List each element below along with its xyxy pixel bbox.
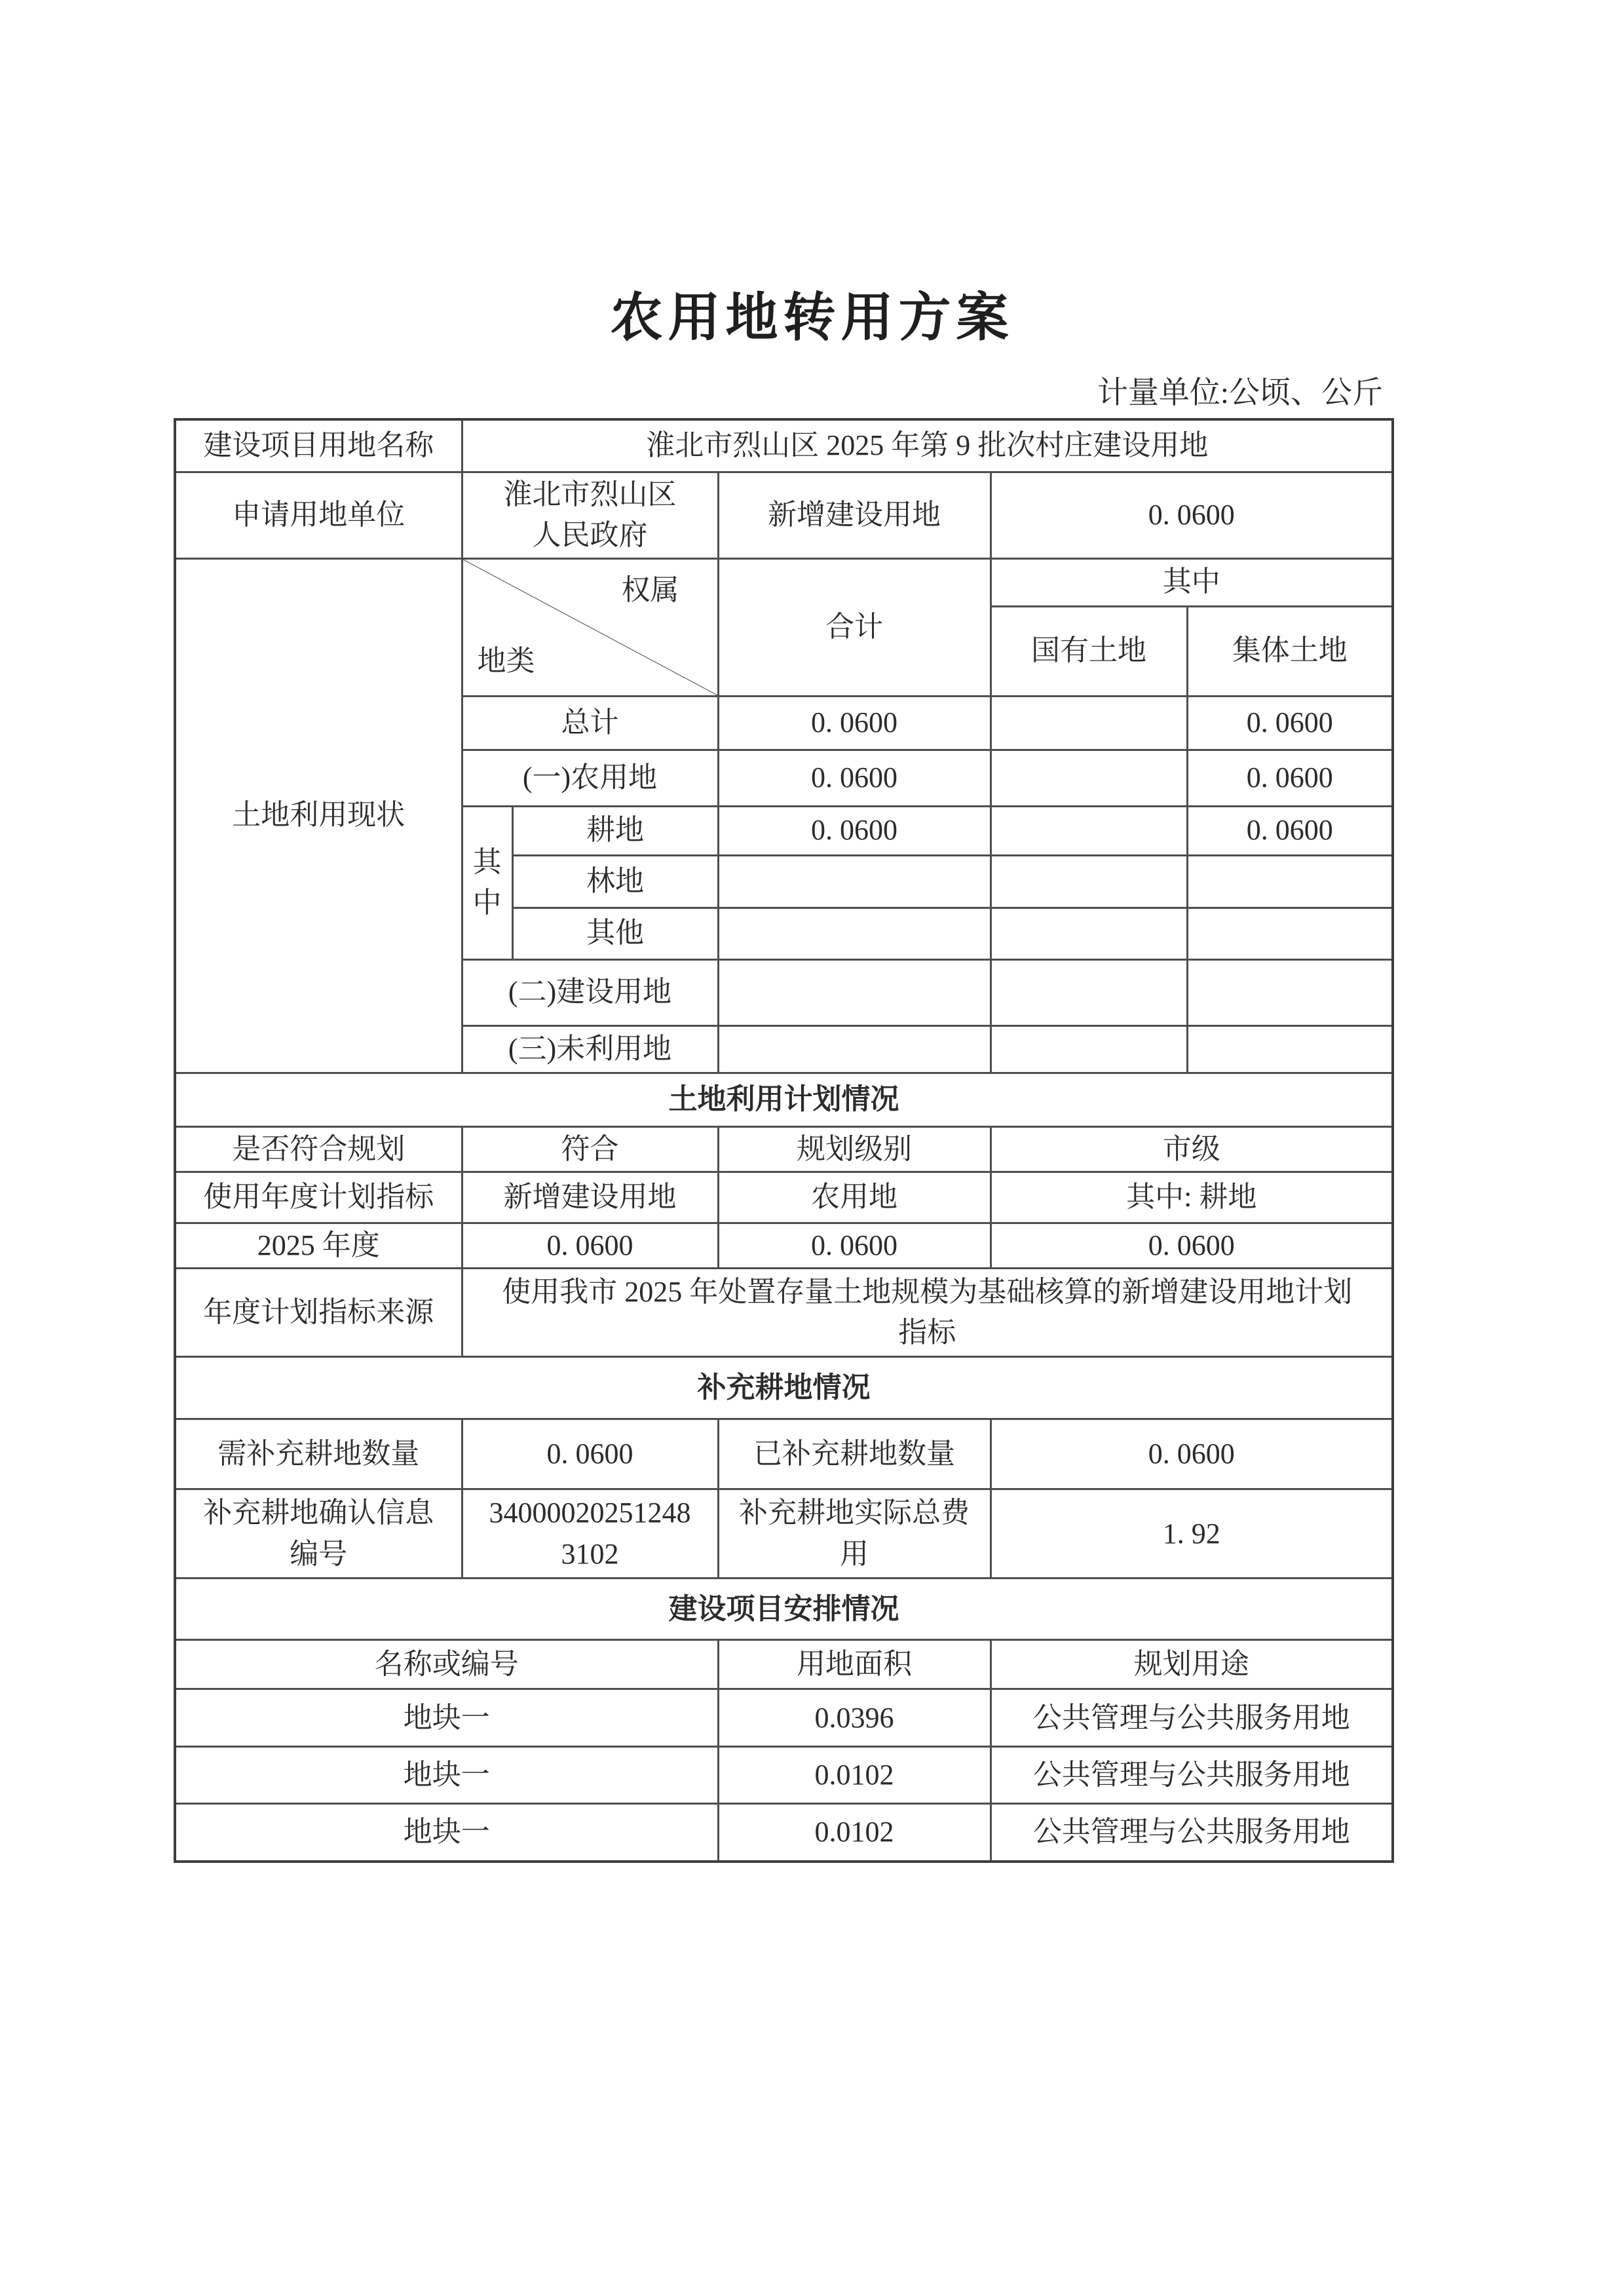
page-title: 农用地转用方案	[0, 275, 1624, 351]
annual-col2-cell: 农用地	[718, 1172, 991, 1223]
table-row: 地块一 0.0102 公共管理与公共服务用地	[175, 1804, 1393, 1862]
annual-col3-cell: 其中: 耕地	[991, 1172, 1393, 1223]
plan-level-label-cell: 规划级别	[718, 1126, 991, 1172]
confirm-number-label-cell: 补充耕地确认信息 编号	[175, 1489, 462, 1578]
landuse-collective-cell: 0. 0600	[1187, 750, 1393, 806]
landuse-collective-cell	[1187, 959, 1393, 1025]
table-row: 2025 年度 0. 0600 0. 0600 0. 0600	[175, 1223, 1393, 1268]
table-row: 需补充耕地数量 0. 0600 已补充耕地数量 0. 0600	[175, 1419, 1393, 1489]
landuse-state-owned-cell	[991, 959, 1187, 1025]
parcel-area-column-header-cell: 用地面积	[718, 1640, 991, 1689]
table-row: 补充耕地确认信息 编号 34000020251248 3102 补充耕地实际总费…	[175, 1489, 1393, 1578]
landuse-collective-cell: 0. 0600	[1187, 696, 1393, 750]
applicant-label-cell: 申请用地单位	[175, 472, 462, 558]
actual-fee-value-cell: 1. 92	[991, 1489, 1393, 1578]
new-construction-value-cell: 0. 0600	[991, 472, 1393, 558]
parcel-use-cell: 公共管理与公共服务用地	[991, 1747, 1393, 1804]
need-supplement-label-cell: 需补充耕地数量	[175, 1419, 462, 1489]
new-construction-label-cell: 新增建设用地	[718, 472, 991, 558]
landuse-state-owned-cell	[991, 855, 1187, 908]
land-type-header-label: 地类	[478, 641, 535, 681]
year-value2-cell: 0. 0600	[718, 1223, 991, 1268]
arrangement-section-header-cell: 建设项目安排情况	[175, 1578, 1393, 1640]
supplement-section-header-cell: 补充耕地情况	[175, 1357, 1393, 1419]
landuse-state-owned-cell	[991, 1025, 1187, 1073]
landuse-total-cell	[718, 908, 991, 959]
year-value1-cell: 0. 0600	[462, 1223, 718, 1268]
landuse-row-label-cell: 耕地	[512, 806, 718, 855]
indicator-source-label-cell: 年度计划指标来源	[175, 1269, 462, 1357]
landuse-row-label-cell: (二)建设用地	[462, 959, 718, 1025]
landuse-row-label-cell: (三)未利用地	[462, 1025, 718, 1073]
parcel-area-cell: 0.0102	[718, 1747, 991, 1804]
table-row: 地块一 0.0396 公共管理与公共服务用地	[175, 1689, 1393, 1747]
need-supplement-value-cell: 0. 0600	[462, 1419, 718, 1489]
table-row: 使用年度计划指标 新增建设用地 农用地 其中: 耕地	[175, 1172, 1393, 1223]
landuse-collective-cell	[1187, 908, 1393, 959]
landuse-collective-cell	[1187, 855, 1393, 908]
landuse-collective-cell: 0. 0600	[1187, 806, 1393, 855]
parcel-name-cell: 地块一	[175, 1747, 718, 1804]
document-page: 农用地转用方案 计量单位:公顷、公斤 建设项目用地名称 淮北市烈山区 2025 …	[0, 0, 1624, 2296]
table-row: 是否符合规划 符合 规划级别 市级	[175, 1126, 1393, 1172]
project-name-value-cell: 淮北市烈山区 2025 年第 9 批次村庄建设用地	[462, 419, 1393, 472]
actual-fee-label-cell: 补充耕地实际总费 用	[718, 1489, 991, 1578]
subgroup-among-cell: 其中	[462, 806, 512, 959]
land-use-status-section-cell: 土地利用现状	[175, 558, 462, 1073]
among-header-cell: 其中	[991, 558, 1393, 606]
table-row: 建设项目用地名称 淮北市烈山区 2025 年第 9 批次村庄建设用地	[175, 419, 1393, 472]
landuse-row-label-cell: 其他	[512, 908, 718, 959]
landuse-row-label-cell: (一)农用地	[462, 750, 718, 806]
parcel-area-cell: 0.0102	[718, 1804, 991, 1862]
parcel-area-cell: 0.0396	[718, 1689, 991, 1747]
plan-level-value-cell: 市级	[991, 1126, 1393, 1172]
plan-section-header-cell: 土地利用计划情况	[175, 1073, 1393, 1126]
parcel-name-cell: 地块一	[175, 1689, 718, 1747]
landuse-state-owned-cell	[991, 750, 1187, 806]
state-owned-header-cell: 国有土地	[991, 606, 1187, 696]
landuse-state-owned-cell	[991, 806, 1187, 855]
landuse-total-cell	[718, 959, 991, 1025]
conform-value-cell: 符合	[462, 1126, 718, 1172]
parcel-use-cell: 公共管理与公共服务用地	[991, 1689, 1393, 1747]
land-conversion-form-table: 建设项目用地名称 淮北市烈山区 2025 年第 9 批次村庄建设用地 申请用地单…	[174, 418, 1394, 1863]
done-supplement-label-cell: 已补充耕地数量	[718, 1419, 991, 1489]
annual-col1-cell: 新增建设用地	[462, 1172, 718, 1223]
table-row: 土地利用计划情况	[175, 1073, 1393, 1126]
confirm-number-value-cell: 34000020251248 3102	[462, 1489, 718, 1578]
ownership-header-label: 权属	[622, 570, 679, 611]
table-row: 申请用地单位 淮北市烈山区 人民政府 新增建设用地 0. 0600	[175, 472, 1393, 558]
landuse-total-cell: 0. 0600	[718, 750, 991, 806]
landuse-total-cell: 0. 0600	[718, 696, 991, 750]
indicator-source-value-cell: 使用我市 2025 年处置存量土地规模为基础核算的新增建设用地计划 指标	[462, 1269, 1393, 1357]
parcel-use-column-header-cell: 规划用途	[991, 1640, 1393, 1689]
unit-note: 计量单位:公顷、公斤	[174, 368, 1383, 412]
diagonal-header-cell: 权属 地类	[462, 558, 718, 696]
landuse-state-owned-cell	[991, 696, 1187, 750]
landuse-total-cell	[718, 855, 991, 908]
landuse-total-cell	[718, 1025, 991, 1073]
table-row: 补充耕地情况	[175, 1357, 1393, 1419]
table-row: 名称或编号 用地面积 规划用途	[175, 1640, 1393, 1689]
table-row: 土地利用现状 权属 地类 合计 其中	[175, 558, 1393, 606]
project-name-label-cell: 建设项目用地名称	[175, 419, 462, 472]
parcel-use-cell: 公共管理与公共服务用地	[991, 1804, 1393, 1862]
landuse-state-owned-cell	[991, 908, 1187, 959]
applicant-value-cell: 淮北市烈山区 人民政府	[462, 472, 718, 558]
table-row: 地块一 0.0102 公共管理与公共服务用地	[175, 1747, 1393, 1804]
table-row: 建设项目安排情况	[175, 1578, 1393, 1640]
table-row: 年度计划指标来源 使用我市 2025 年处置存量土地规模为基础核算的新增建设用地…	[175, 1269, 1393, 1357]
landuse-collective-cell	[1187, 1025, 1393, 1073]
year-value3-cell: 0. 0600	[991, 1223, 1393, 1268]
annual-indicator-label-cell: 使用年度计划指标	[175, 1172, 462, 1223]
total-column-header-cell: 合计	[718, 558, 991, 696]
conform-label-cell: 是否符合规划	[175, 1126, 462, 1172]
collective-header-cell: 集体土地	[1187, 606, 1393, 696]
landuse-total-cell: 0. 0600	[718, 806, 991, 855]
parcel-name-cell: 地块一	[175, 1804, 718, 1862]
year-label-cell: 2025 年度	[175, 1223, 462, 1268]
landuse-row-label-cell: 林地	[512, 855, 718, 908]
parcel-name-column-header-cell: 名称或编号	[175, 1640, 718, 1689]
landuse-row-label-cell: 总计	[462, 696, 718, 750]
done-supplement-value-cell: 0. 0600	[991, 1419, 1393, 1489]
